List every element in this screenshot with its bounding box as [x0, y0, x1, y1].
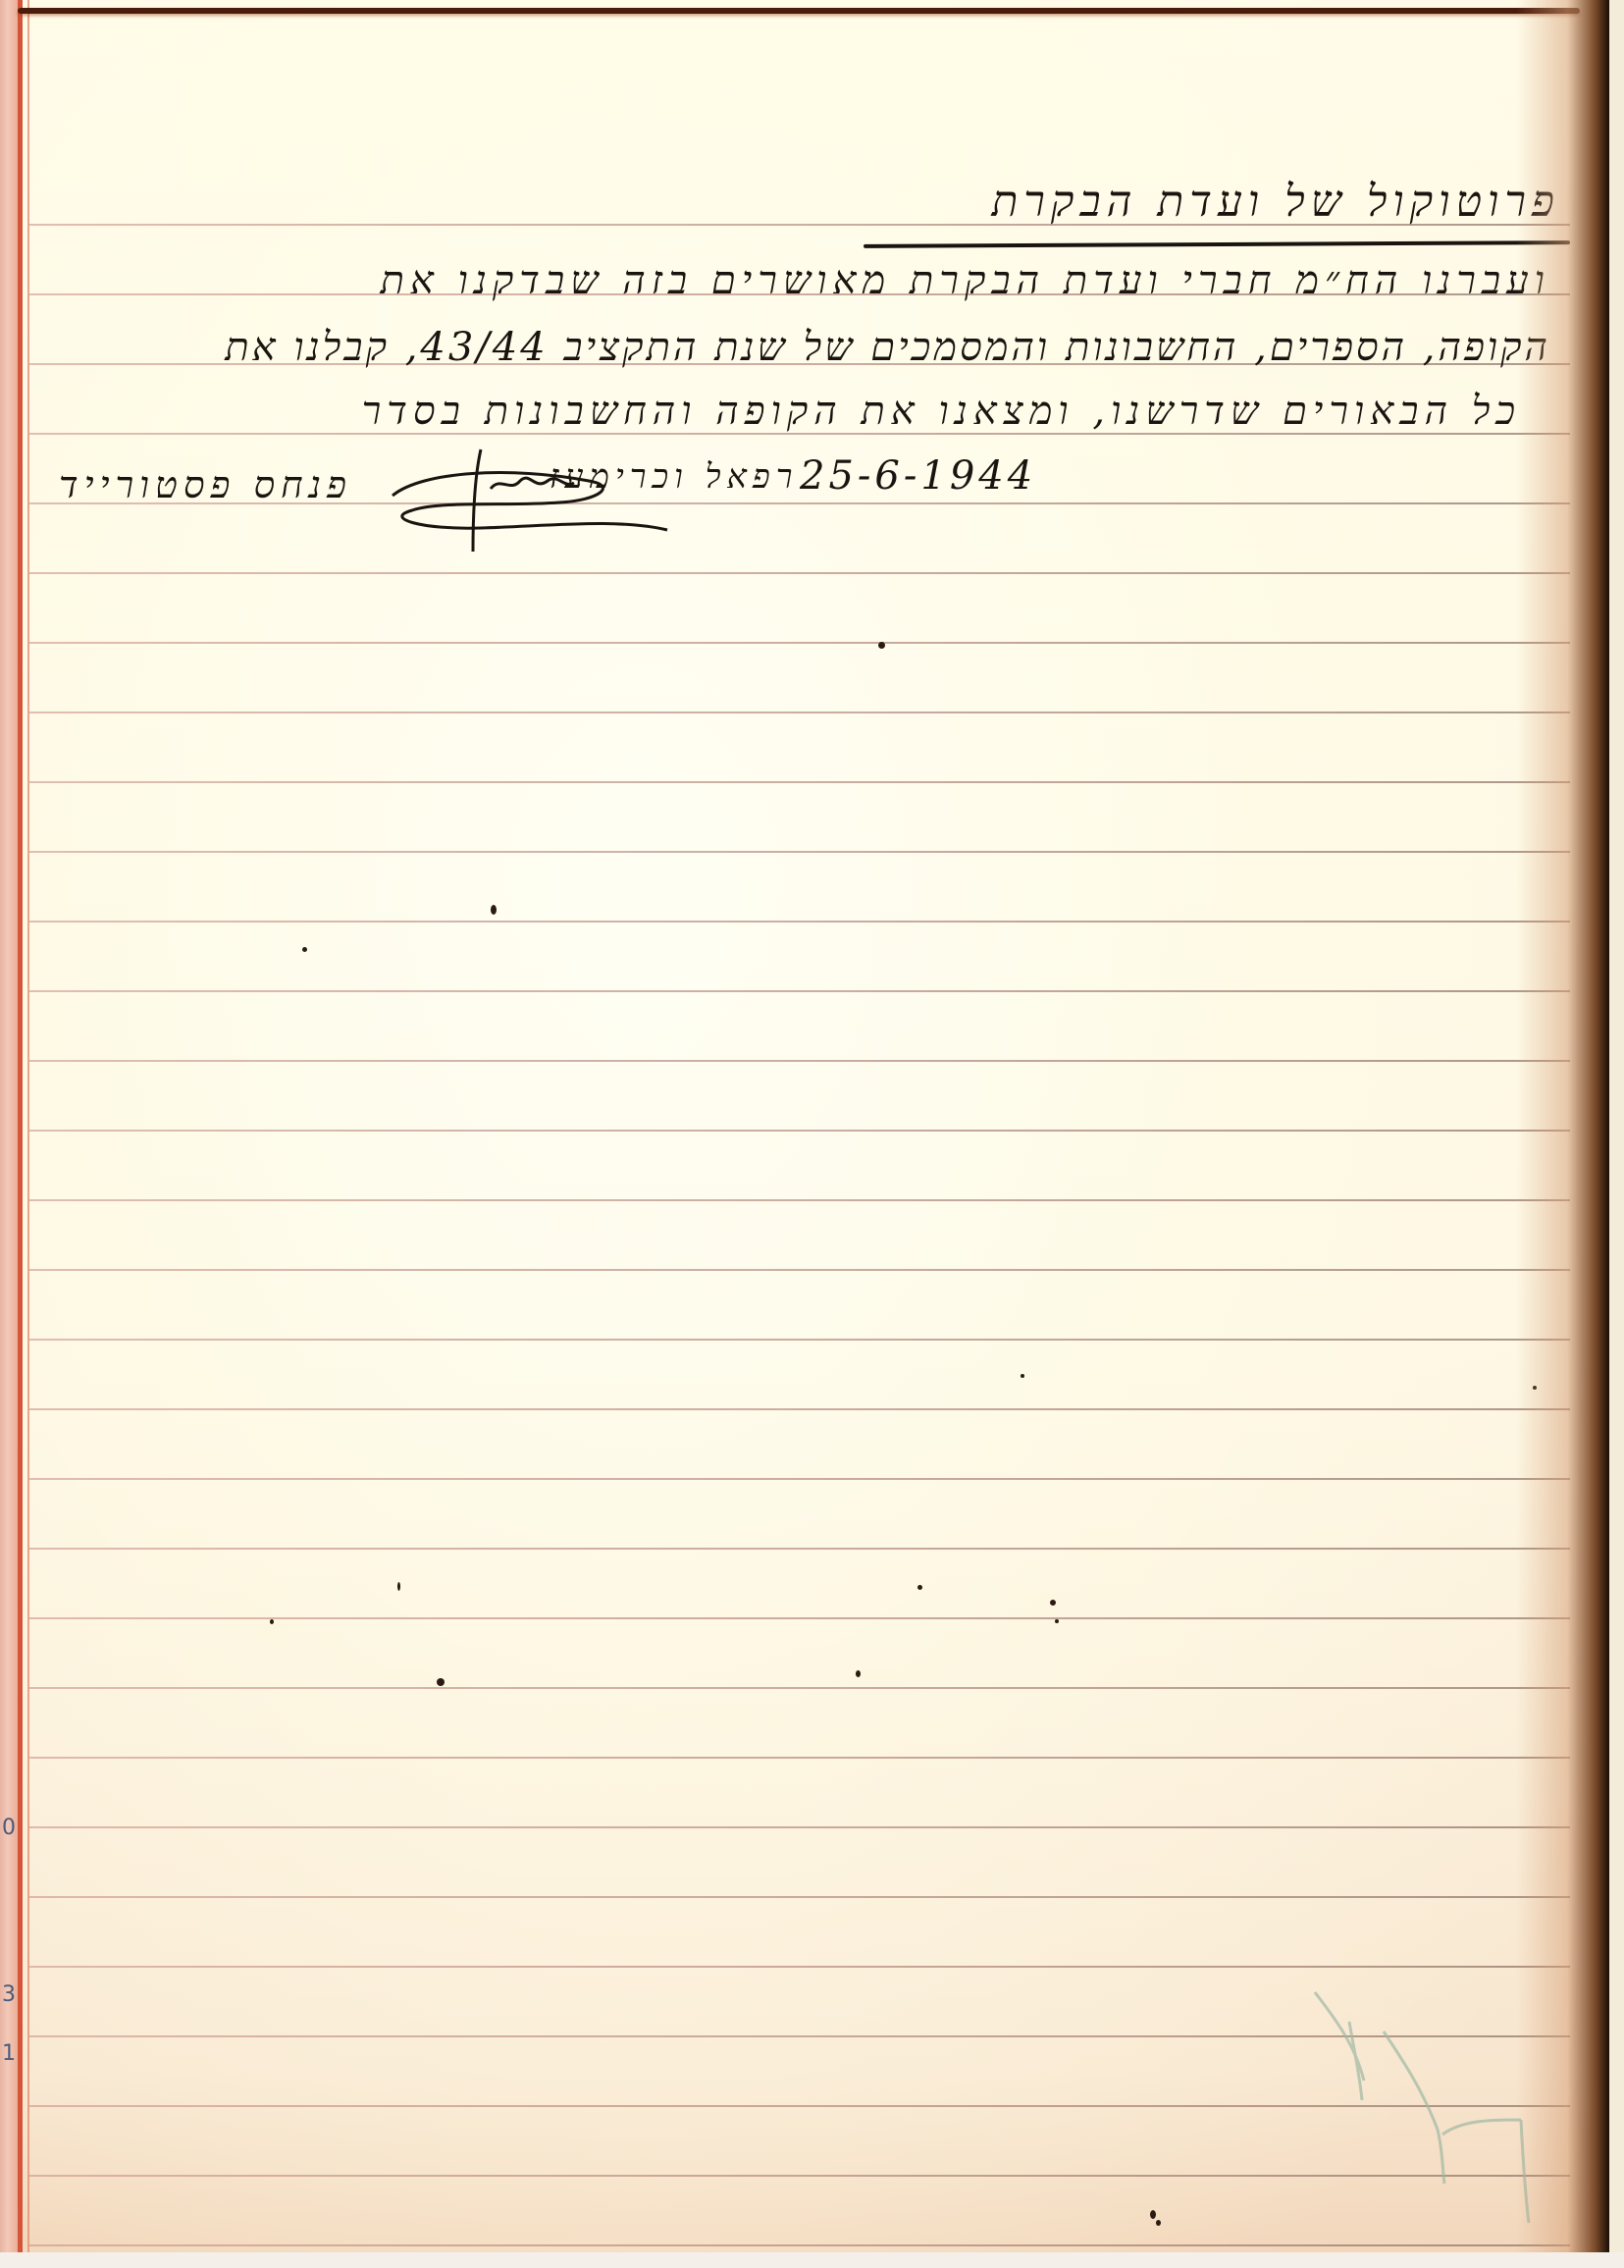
ruled-line — [29, 990, 1570, 992]
ruled-line — [29, 1269, 1570, 1271]
ruled-line — [29, 1130, 1570, 1132]
ruled-line — [29, 1408, 1570, 1410]
title-underline — [864, 240, 1570, 248]
document-date: 25-6-1944 — [800, 453, 1036, 499]
ink-speck — [878, 642, 885, 649]
body-line-3: כל הבאורים שדרשנו, ומצאנו את הקופה והחשב… — [245, 388, 1521, 434]
left-margin-line-secondary — [27, 0, 29, 2252]
ruled-line — [29, 1617, 1570, 1619]
margin-mark: 3 — [2, 1982, 16, 2007]
page-binding-edge — [0, 0, 20, 2252]
ruled-line — [29, 1826, 1570, 1828]
left-margin-line — [18, 0, 23, 2252]
body-line-1: ועברנו הח״מ חברי ועדת הבקרת מאושרים בזה … — [128, 257, 1550, 303]
ruled-line — [29, 1060, 1570, 1062]
margin-mark: 0 — [2, 1816, 16, 1840]
scan-bottom-border — [0, 2252, 1624, 2268]
ledger-page: פרוטוקול של ועדת הבקרת ועברנו הח״מ חברי … — [0, 0, 1609, 2252]
ink-speck — [1050, 1600, 1056, 1606]
ink-speck — [1156, 2220, 1161, 2226]
ink-speck — [1021, 1374, 1024, 1378]
ruled-line — [29, 851, 1570, 853]
ruled-line — [29, 781, 1570, 783]
ruled-line — [29, 572, 1570, 574]
page-top-border — [18, 8, 1580, 14]
ink-speck — [270, 1619, 274, 1624]
ruled-line — [29, 1687, 1570, 1689]
margin-mark: 1 — [2, 2041, 16, 2066]
ink-speck — [491, 905, 497, 915]
ruled-line — [29, 2244, 1570, 2246]
ruled-line — [29, 1896, 1570, 1898]
ink-speck — [1150, 2210, 1156, 2219]
ink-speck — [1055, 1619, 1059, 1623]
signature-2-name: פנחס פסטורייד — [59, 463, 352, 507]
ruled-line — [29, 712, 1570, 713]
ruled-line — [29, 1966, 1570, 1968]
body-line-2: הקופה, הספרים, החשבונות והמסמכים של שנת … — [128, 324, 1550, 370]
ruled-line — [29, 1757, 1570, 1759]
scanned-document: פרוטוקול של ועדת הבקרת ועברנו הח״מ חברי … — [0, 0, 1624, 2268]
ink-speck — [302, 947, 307, 952]
ruled-line — [29, 1478, 1570, 1480]
page-gutter-shadow — [1516, 0, 1609, 2252]
ruled-line — [29, 1199, 1570, 1201]
ink-speck — [856, 1670, 861, 1677]
document-title: פרוטוקול של ועדת הבקרת — [883, 177, 1560, 227]
ink-speck — [397, 1582, 400, 1591]
ruled-line — [29, 1339, 1570, 1341]
ink-speck — [917, 1585, 922, 1590]
ruled-line — [29, 642, 1570, 644]
ruled-line — [29, 921, 1570, 923]
ink-speck — [437, 1678, 445, 1686]
pencil-marks — [1295, 1973, 1550, 2228]
ruled-line — [29, 1548, 1570, 1550]
signature-flourish — [363, 442, 687, 559]
